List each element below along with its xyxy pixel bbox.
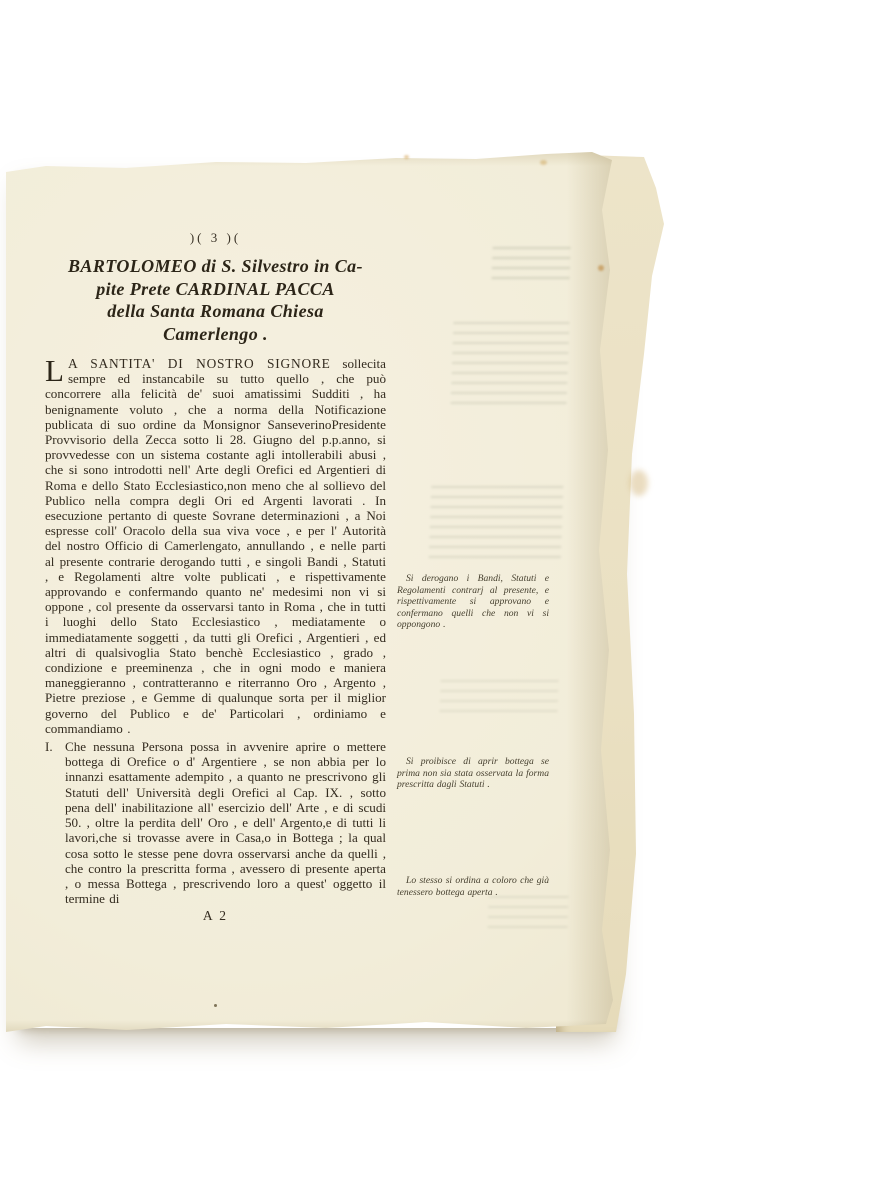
drop-cap-letter: L	[45, 356, 68, 384]
document-photo: )( 3 )( BARTOLOMEO di S. Silvestro in Ca…	[0, 0, 878, 1200]
title-line-3: della Santa Romana Chiesa	[45, 300, 386, 323]
show-through-block	[429, 486, 564, 562]
page-number-ornament: )( 3 )(	[45, 230, 386, 246]
foxing-stain	[630, 470, 648, 496]
signature-mark: A 2	[45, 908, 386, 924]
show-through-block	[487, 896, 568, 934]
title-line-4: Camerlengo .	[45, 323, 386, 346]
title-line-2: pite Prete CARDINAL PACCA	[45, 278, 386, 301]
article-one-numeral: I.	[45, 739, 65, 906]
paragraph-text: sollecita sempre ed instancabile su tutt…	[45, 356, 386, 736]
margin-note-1: Si derogano i Bandi, Statuti e Regolamen…	[397, 573, 549, 631]
opening-paragraph: LA SANTITA' DI NOSTRO SIGNORE sollecita …	[45, 356, 386, 736]
document-title: BARTOLOMEO di S. Silvestro in Ca- pite P…	[45, 255, 386, 345]
title-line-1: BARTOLOMEO di S. Silvestro in Ca-	[45, 255, 386, 278]
text-column: )( 3 )( BARTOLOMEO di S. Silvestro in Ca…	[45, 230, 386, 924]
foxing-stain	[598, 265, 604, 271]
foxing-stain	[540, 160, 547, 165]
show-through-block	[451, 322, 570, 404]
article-one: I. Che nessuna Persona possa in avvenire…	[45, 739, 386, 906]
margin-note-3: Lo stesso si ordina a coloro che già ten…	[397, 875, 549, 898]
show-through-block	[491, 247, 570, 285]
foxing-stain	[404, 155, 409, 159]
margin-note-2: Si proibisce di aprir bottega se prima n…	[397, 756, 549, 791]
lead-caps: A SANTITA' DI NOSTRO SIGNORE	[68, 356, 331, 371]
article-one-text: Che nessuna Persona possa in avvenire ap…	[65, 739, 386, 906]
ink-speck	[214, 1004, 217, 1007]
show-through-block	[439, 680, 558, 720]
